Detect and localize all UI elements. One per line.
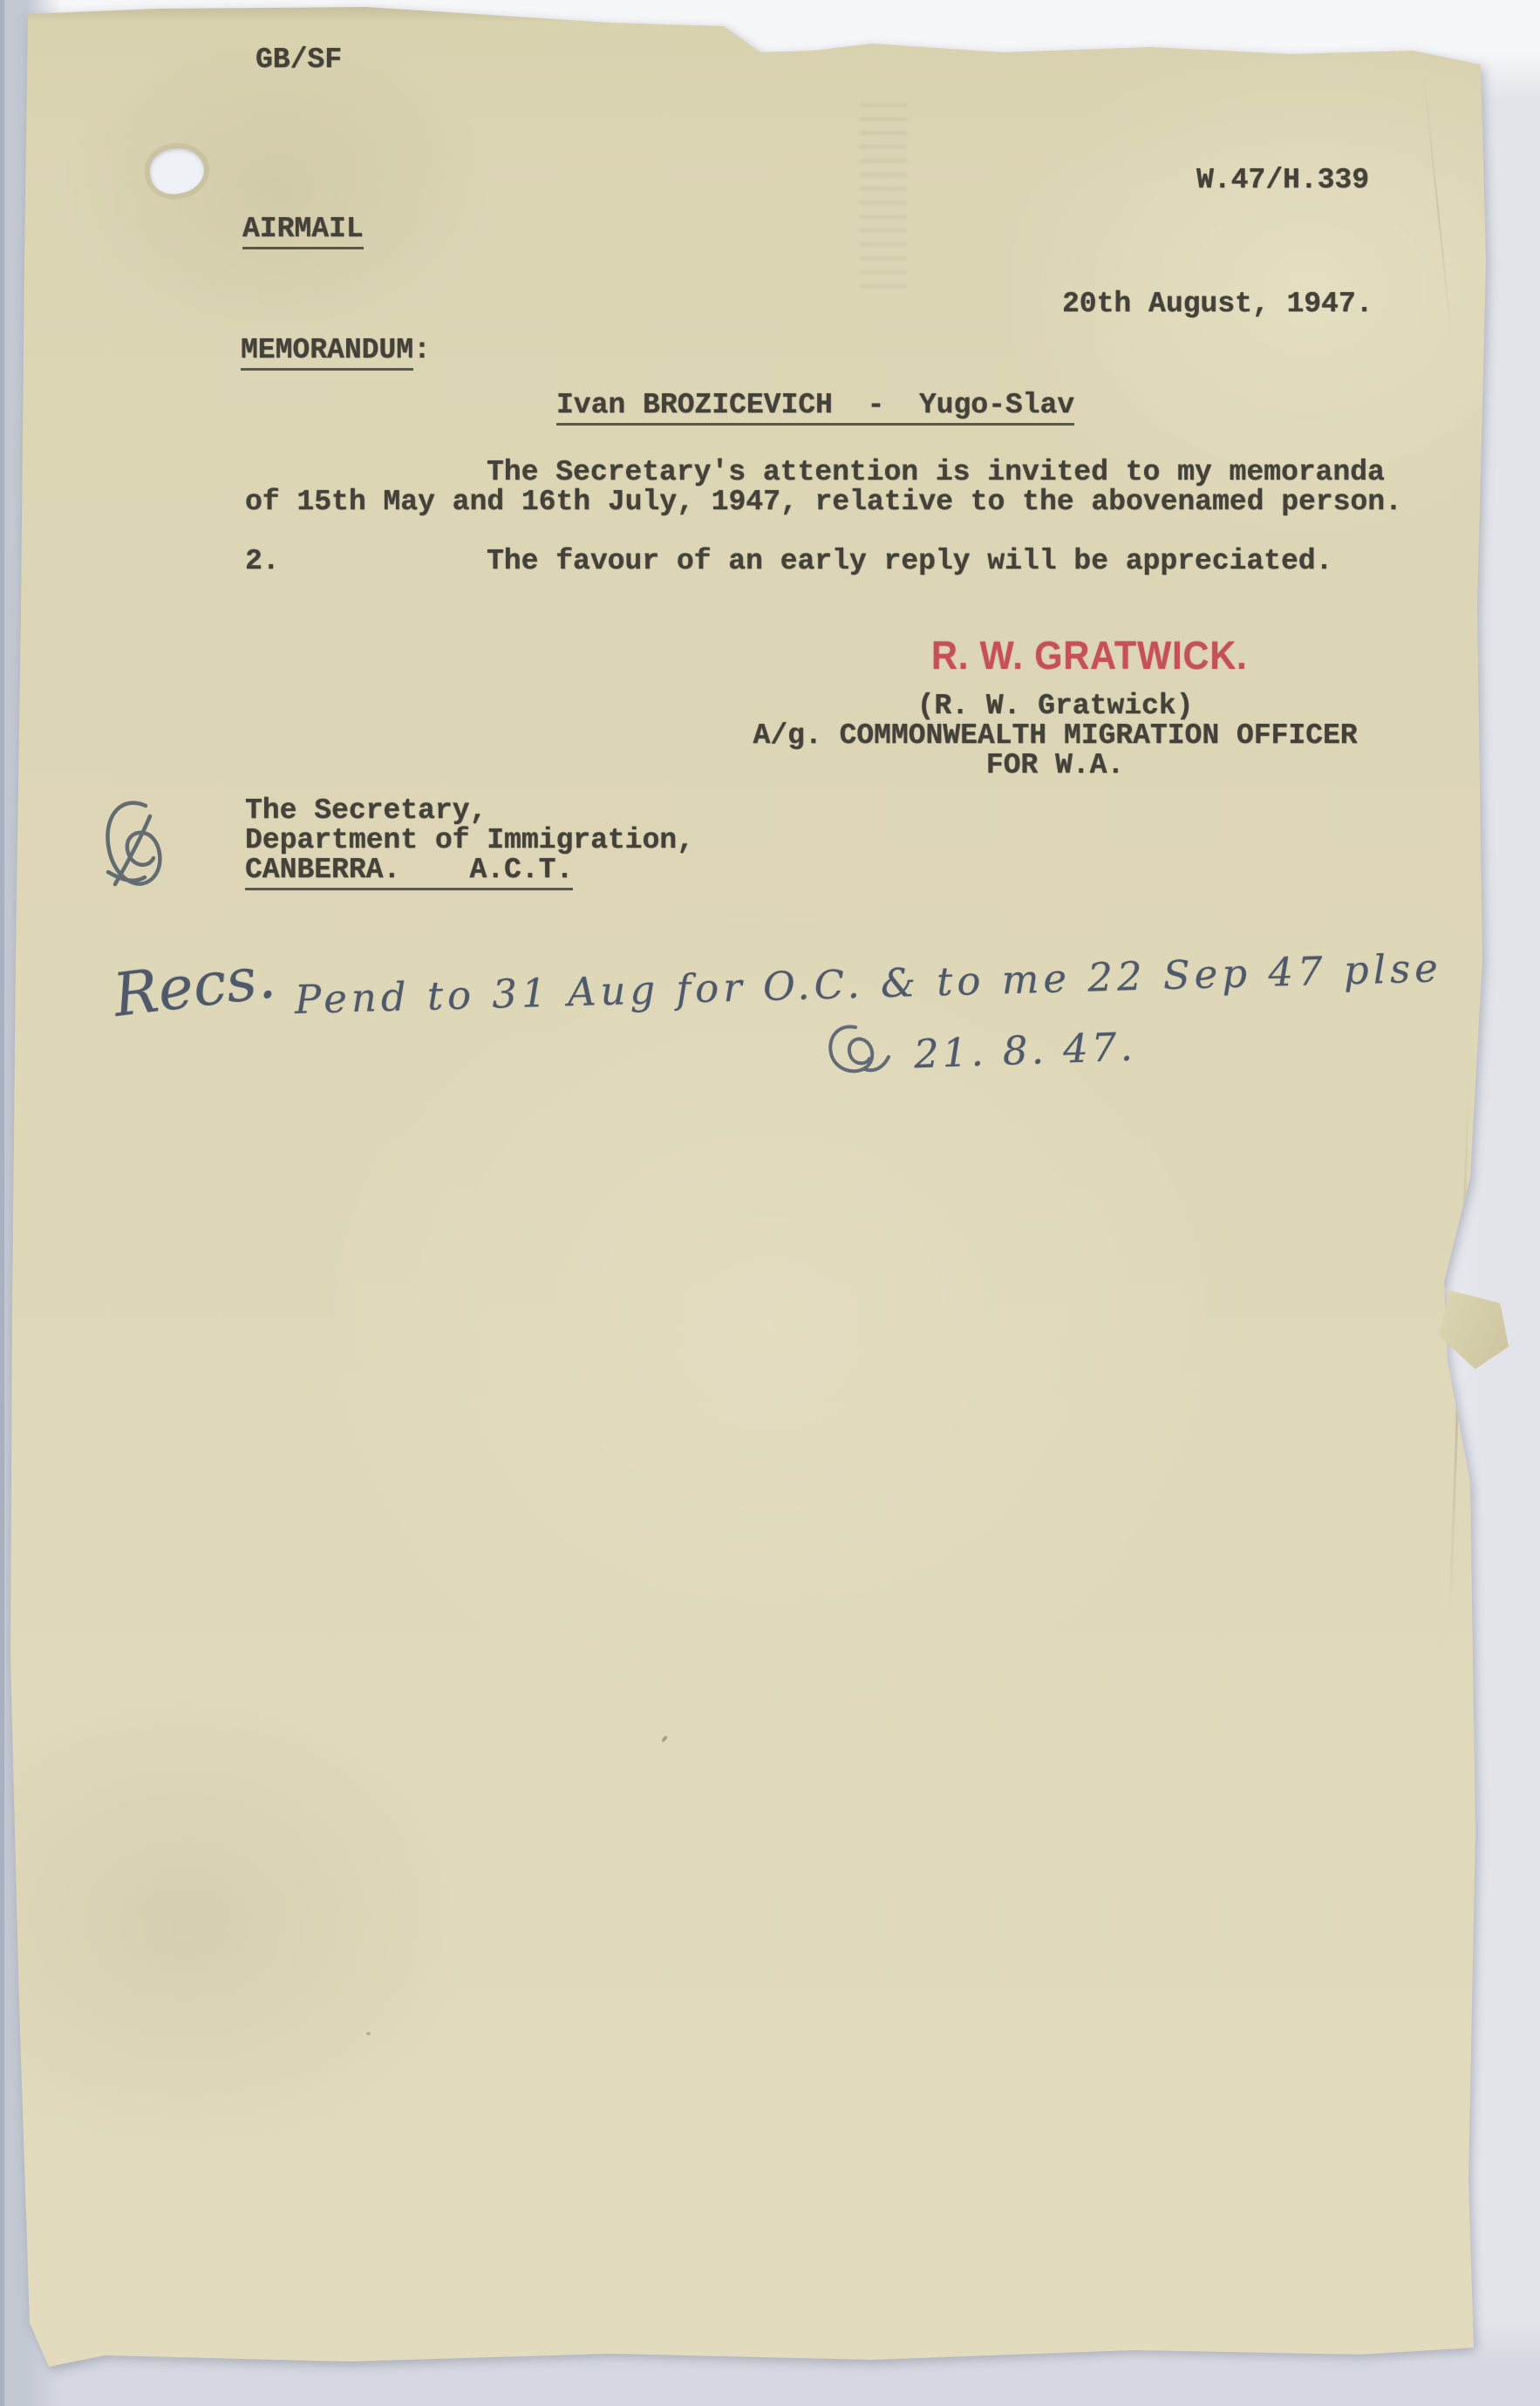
addressee-line-2: Department of Immigration,	[245, 826, 694, 855]
scanned-memorandum: GB/SF W.47/H.339 AIRMAIL 20th August, 19…	[0, 0, 1540, 2406]
handwritten-initial-icon	[824, 1022, 894, 1078]
memo-paper-sheet: GB/SF W.47/H.339 AIRMAIL 20th August, 19…	[0, 0, 1540, 2406]
ghost-ink-smudge	[859, 103, 907, 290]
paragraph-2-number: 2.	[245, 547, 280, 576]
paper-fiber-speck	[661, 1735, 668, 1743]
typed-signature-block: (R. W. Gratwick) A/g. COMMONWEALTH MIGRA…	[746, 692, 1365, 780]
handwritten-note: Pend to 31 Aug for O.C. & to me 22 Sep 4…	[294, 944, 1442, 1023]
file-reference-number: W.47/H.339	[1196, 166, 1369, 195]
signatory-title: A/g. COMMONWEALTH MIGRATION OFFICER	[746, 721, 1365, 751]
handwritten-note-prefix: Recs.	[110, 943, 279, 1031]
handwritten-date: 21. 8. 47.	[913, 1024, 1136, 1078]
punch-hole	[146, 143, 208, 199]
memorandum-colon: :	[413, 334, 431, 366]
paper-shadow: GB/SF W.47/H.339 AIRMAIL 20th August, 19…	[0, 0, 1540, 2406]
body-paragraph-2: The favour of an early reply will be app…	[487, 547, 1332, 576]
addressee-line-1: The Secretary,	[245, 796, 694, 826]
body-paragraph-1: The Secretary's attention is invited to …	[245, 458, 1435, 517]
paper-dust-speck	[366, 2032, 371, 2035]
addressee-block: The Secretary, Department of Immigration…	[245, 796, 694, 885]
airmail-label: AIRMAIL	[242, 215, 364, 244]
memorandum-heading: MEMORANDUM:	[241, 336, 431, 365]
canberra-underlined-text: CANBERRA. A.C.T.	[245, 854, 573, 890]
paper-speck-top	[891, 2, 898, 13]
date-line: 20th August, 1947.	[1062, 290, 1373, 319]
addressee-line-3: CANBERRA. A.C.T.	[245, 855, 694, 885]
handwritten-monogram-icon	[98, 795, 176, 891]
typed-signatory-name: (R. W. Gratwick)	[746, 692, 1365, 721]
signatory-region: FOR W.A.	[746, 751, 1365, 780]
typist-initials: GB/SF	[256, 45, 342, 75]
memorandum-underlined-text: MEMORANDUM	[241, 334, 413, 371]
subject-line: Ivan BROZICEVICH - Yugo-Slav	[556, 391, 1074, 420]
signature-stamp: R. W. GRATWICK.	[931, 633, 1248, 678]
subject-underlined-text: Ivan BROZICEVICH - Yugo-Slav	[556, 389, 1074, 426]
paper-crease-top-right	[1422, 71, 1453, 348]
airmail-underlined-text: AIRMAIL	[242, 213, 364, 249]
